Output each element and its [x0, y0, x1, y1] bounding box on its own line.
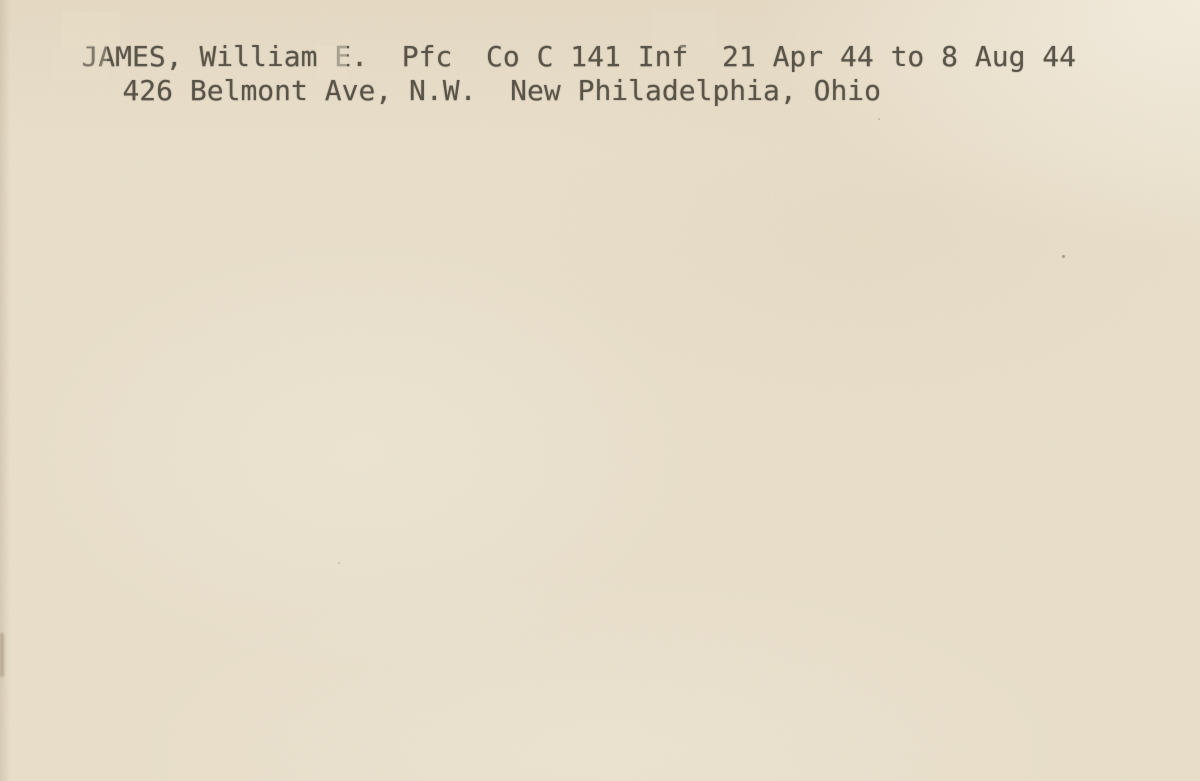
street-address: 426 Belmont Ave, N.W.	[122, 74, 476, 107]
paper-speck	[1062, 255, 1065, 258]
paper-speck	[338, 562, 340, 564]
edge-smudge	[0, 633, 4, 677]
city-state: New Philadelphia, Ohio	[510, 74, 881, 107]
index-card: JAMES, William E.PfcCo C 141 Inf21 Apr 4…	[0, 0, 1200, 781]
address-line: 426 Belmont Ave, N.W.New Philadelphia, O…	[55, 49, 881, 133]
left-edge-shading	[0, 0, 10, 781]
